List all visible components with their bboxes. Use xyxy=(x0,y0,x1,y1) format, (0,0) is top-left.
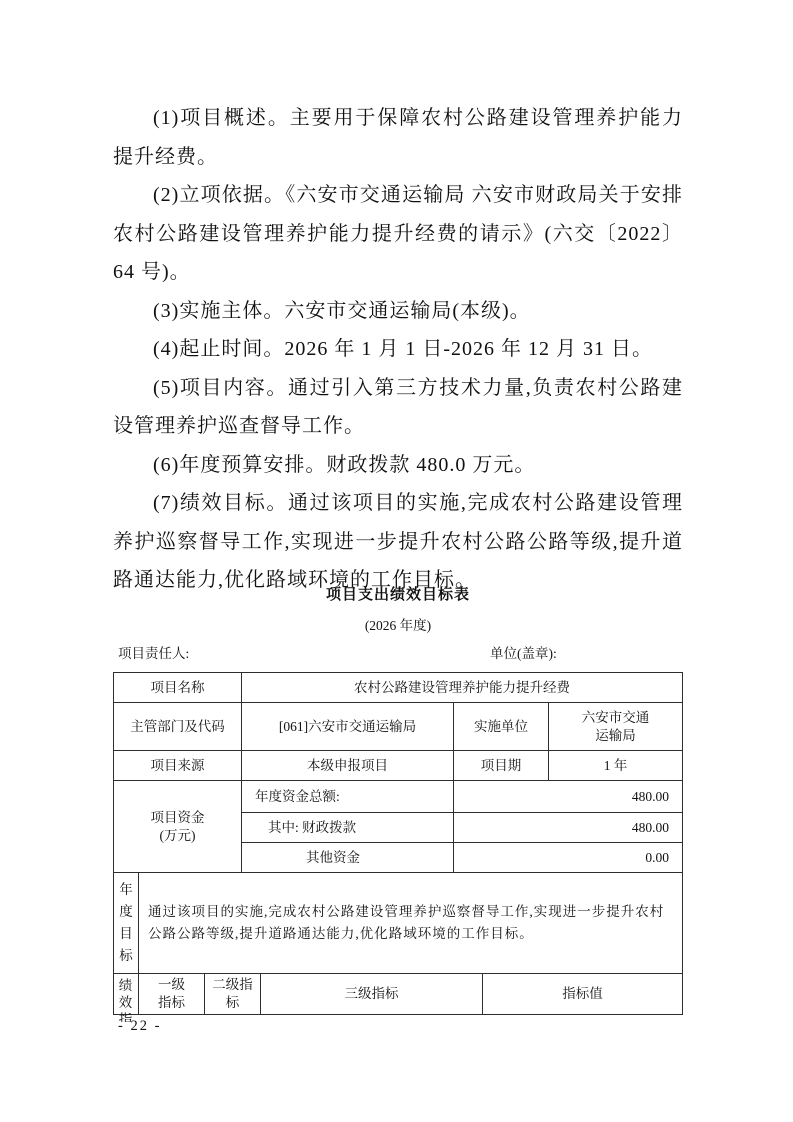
document-page: (1)项目概述。主要用于保障农村公路建设管理养护能力提升经费。 (2)立项依据。… xyxy=(0,0,793,1122)
row-project-name: 项目名称 农村公路建设管理养护能力提升经费 xyxy=(114,673,683,703)
unit-seal-label: 单位(盖章): xyxy=(490,645,557,662)
row-annual-goal: 年度目标 通过该项目的实施,完成农村公路建设管理养护巡察督导工作,实现进一步提升… xyxy=(114,873,683,974)
table-subtitle-year: (2026 年度) xyxy=(113,617,683,634)
page-number: - 22 - xyxy=(118,1018,161,1035)
period-label-cell: 项目期 xyxy=(454,751,549,781)
period-value-cell: 1 年 xyxy=(549,751,683,781)
paragraph-annual-budget: (6)年度预算安排。财政拨款 480.0 万元。 xyxy=(113,446,683,485)
paragraph-project-overview: (1)项目概述。主要用于保障农村公路建设管理养护能力提升经费。 xyxy=(113,99,683,176)
row-department: 主管部门及代码 [061]六安市交通运输局 实施单位 六安市交通 运输局 xyxy=(114,703,683,751)
funds-total-label-cell: 年度资金总额: xyxy=(242,781,454,813)
paragraph-performance-goal: (7)绩效目标。通过该项目的实施,完成农村公路建设管理养护巡察督导工作,实现进一… xyxy=(113,484,683,600)
source-value-cell: 本级申报项目 xyxy=(242,751,454,781)
annual-goal-text-cell: 通过该项目的实施,完成农村公路建设管理养护巡察督导工作,实现进一步提升农村公路公… xyxy=(139,873,683,974)
row-source: 项目来源 本级申报项目 项目期 1 年 xyxy=(114,751,683,781)
body-paragraphs: (1)项目概述。主要用于保障农村公路建设管理养护能力提升经费。 (2)立项依据。… xyxy=(113,99,683,600)
responsible-person-label: 项目责任人: xyxy=(118,645,189,662)
indicator-level2-header-cell: 二级指 标 xyxy=(205,974,261,1015)
paragraph-project-basis: (2)立项依据。《六安市交通运输局 六安市财政局关于安排农村公路建设管理养护能力… xyxy=(113,176,683,292)
perf-indicator-label-cell: 绩效指标 xyxy=(114,974,139,1015)
indicator-level1-header-cell: 一级 指标 xyxy=(139,974,205,1015)
funds-fiscal-value-cell: 480.00 xyxy=(454,813,683,843)
table-lower-section: 年度目标 通过该项目的实施,完成农村公路建设管理养护巡察督导工作,实现进一步提升… xyxy=(113,872,683,1015)
impl-unit-value-cell: 六安市交通 运输局 xyxy=(549,703,683,751)
annual-goal-vertical-label: 年度目标 xyxy=(119,879,134,967)
funds-fiscal-label-cell: 其中: 财政拨款 xyxy=(242,813,454,843)
row-funds-total: 项目资金 (万元) 年度资金总额: 480.00 xyxy=(114,781,683,813)
project-name-value-cell: 农村公路建设管理养护能力提升经费 xyxy=(242,673,683,703)
funds-total-value-cell: 480.00 xyxy=(454,781,683,813)
paragraph-project-content: (5)项目内容。通过引入第三方技术力量,负责农村公路建设管理养护巡查督导工作。 xyxy=(113,369,683,446)
dept-value-cell: [061]六安市交通运输局 xyxy=(242,703,454,751)
row-indicator-headers: 绩效指标 一级 指标 二级指 标 三级指标 指标值 xyxy=(114,974,683,1015)
project-name-label-cell: 项目名称 xyxy=(114,673,242,703)
perf-indicator-vertical-label: 绩效指标 xyxy=(118,977,133,1022)
performance-target-table: 项目名称 农村公路建设管理养护能力提升经费 主管部门及代码 [061]六安市交通… xyxy=(113,672,684,1015)
indicator-value-header-cell: 指标值 xyxy=(483,974,683,1015)
funds-other-label-cell: 其他资金 xyxy=(242,843,454,873)
paragraph-implementing-body: (3)实施主体。六安市交通运输局(本级)。 xyxy=(113,292,683,331)
indicator-level3-header-cell: 三级指标 xyxy=(261,974,483,1015)
annual-goal-label-cell: 年度目标 xyxy=(114,873,139,974)
dept-label-cell: 主管部门及代码 xyxy=(114,703,242,751)
table-upper-section: 项目名称 农村公路建设管理养护能力提升经费 主管部门及代码 [061]六安市交通… xyxy=(113,672,683,873)
impl-unit-label-cell: 实施单位 xyxy=(454,703,549,751)
paragraph-time-range: (4)起止时间。2026 年 1 月 1 日-2026 年 12 月 31 日。 xyxy=(113,330,683,369)
signature-row: 项目责任人: 单位(盖章): xyxy=(113,645,683,663)
source-label-cell: 项目来源 xyxy=(114,751,242,781)
funds-other-value-cell: 0.00 xyxy=(454,843,683,873)
table-title: 项目支出绩效目标表 xyxy=(113,586,683,604)
funds-label-cell: 项目资金 (万元) xyxy=(114,781,242,873)
